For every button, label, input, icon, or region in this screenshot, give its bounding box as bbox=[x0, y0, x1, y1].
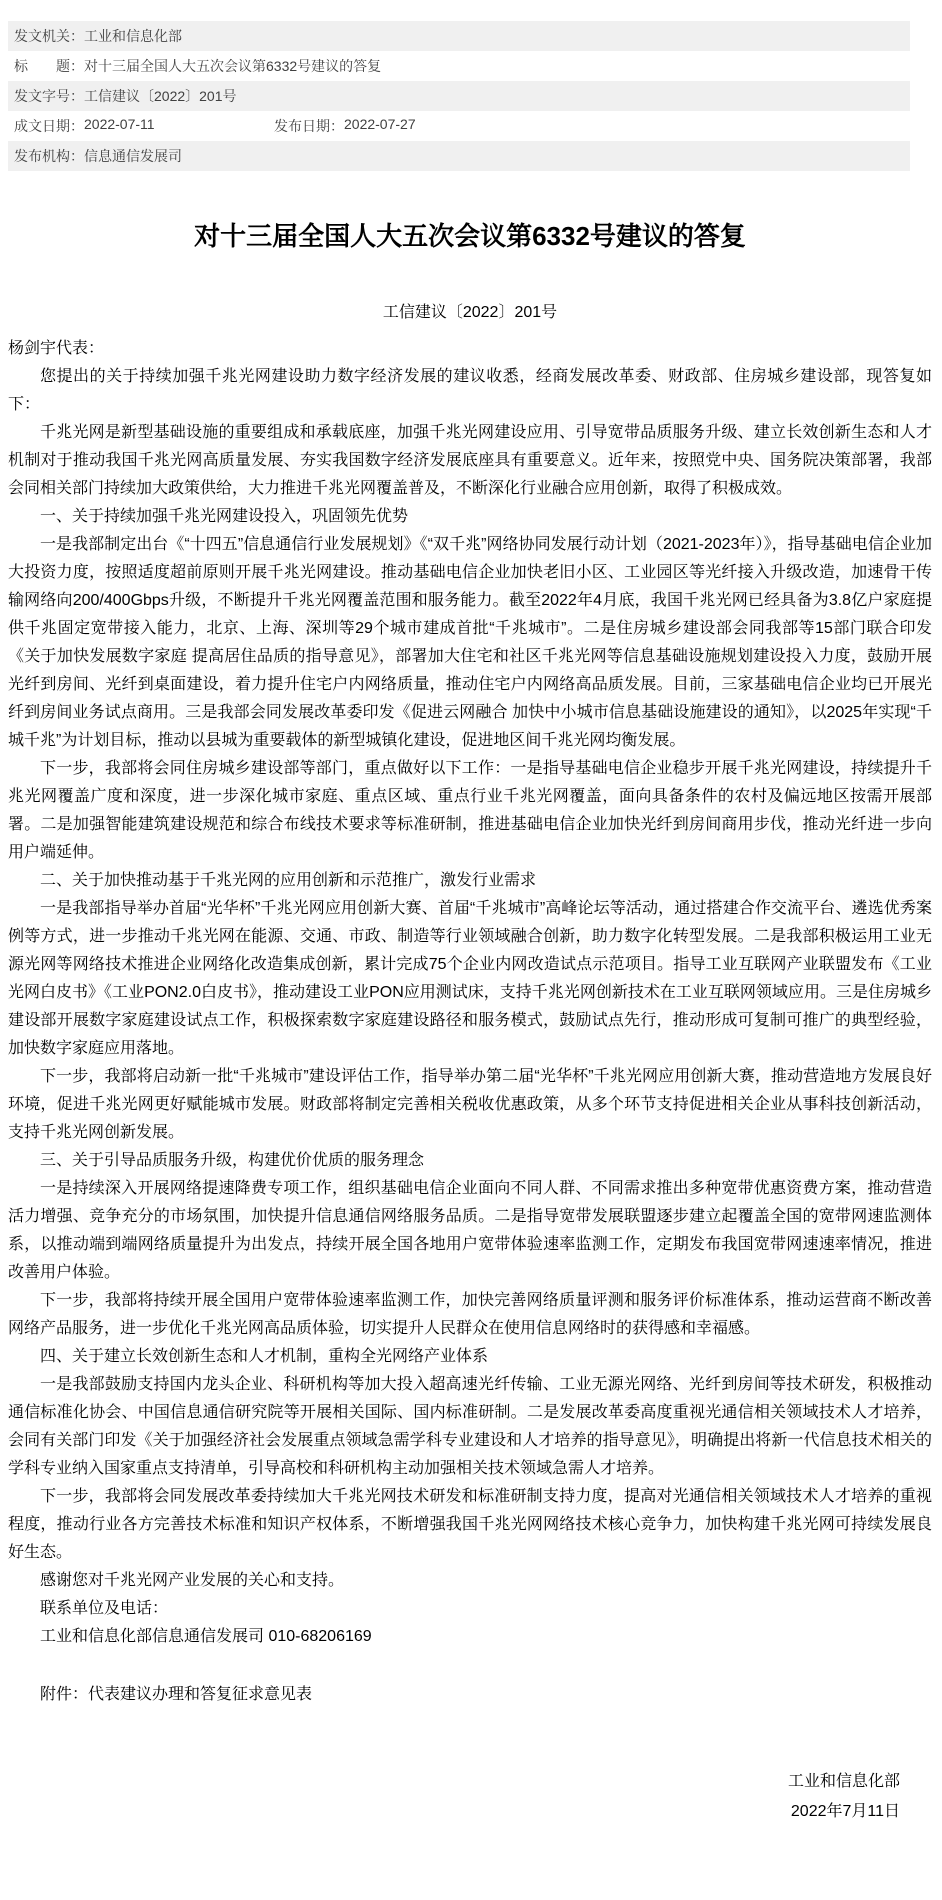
salutation: 杨剑宇代表： bbox=[8, 335, 932, 363]
document-body: 对十三届全国人大五次会议第6332号建议的答复 工信建议〔2022〕201号 杨… bbox=[8, 219, 932, 1827]
meta-row-dates: 成文日期：2022-07-11 发布日期：2022-07-27 bbox=[8, 111, 910, 141]
meta-value: 2022-07-27 bbox=[344, 116, 416, 136]
closing-thanks: 感谢您对千兆光网产业发展的关心和支持。 bbox=[8, 1567, 932, 1595]
signature-date: 2022年7月11日 bbox=[8, 1797, 900, 1827]
meta-row-title: 标 题：对十三届全国人大五次会议第6332号建议的答复 bbox=[8, 51, 910, 81]
paragraph-overview: 千兆光网是新型基础设施的重要组成和承载底座，加强千兆光网建设应用、引导宽带品质服… bbox=[8, 419, 932, 503]
section-heading-3: 三、关于引导品质服务升级，构建优价优质的服务理念 bbox=[8, 1147, 932, 1175]
paragraph: 下一步，我部将持续开展全国用户宽带体验速率监测工作，加快完善网络质量评测和服务评… bbox=[8, 1287, 932, 1343]
meta-label: 发布机构： bbox=[14, 146, 84, 166]
meta-label: 标 题： bbox=[14, 56, 84, 76]
meta-label: 成文日期： bbox=[14, 116, 84, 136]
meta-label: 发布日期： bbox=[274, 116, 344, 136]
meta-label: 发文机关： bbox=[14, 26, 84, 46]
meta-written-date: 成文日期：2022-07-11 bbox=[14, 116, 274, 136]
signature-block: 工业和信息化部 2022年7月11日 bbox=[8, 1767, 932, 1827]
paragraph-intro: 您提出的关于持续加强千兆光网建设助力数字经济发展的建议收悉，经商发展改革委、财政… bbox=[8, 363, 932, 419]
paragraph: 下一步，我部将启动新一批“千兆城市”建设评估工作，指导举办第二届“光华杯”千兆光… bbox=[8, 1063, 932, 1147]
meta-publish-date: 发布日期：2022-07-27 bbox=[274, 116, 416, 136]
paragraph: 一是持续深入开展网络提速降费专项工作，组织基础电信企业面向不同人群、不同需求推出… bbox=[8, 1175, 932, 1287]
contact-info: 工业和信息化部信息通信发展司 010-68206169 bbox=[8, 1623, 932, 1651]
meta-value: 对十三届全国人大五次会议第6332号建议的答复 bbox=[84, 56, 381, 76]
meta-value: 信息通信发展司 bbox=[84, 146, 182, 166]
document-meta-table: 发文机关：工业和信息化部 标 题：对十三届全国人大五次会议第6332号建议的答复… bbox=[8, 21, 910, 171]
section-heading-4: 四、关于建立长效创新生态和人才机制，重构全光网络产业体系 bbox=[8, 1343, 932, 1371]
meta-row-issuing-agency: 发文机关：工业和信息化部 bbox=[8, 21, 910, 51]
attachment-line: 附件：代表建议办理和答复征求意见表 bbox=[8, 1681, 932, 1709]
contact-heading: 联系单位及电话： bbox=[8, 1595, 932, 1623]
paragraph: 下一步，我部将会同发展改革委持续加大千兆光网技术研发和标准研制支持力度，提高对光… bbox=[8, 1483, 932, 1567]
meta-value: 工业和信息化部 bbox=[84, 26, 182, 46]
meta-value: 工信建议〔2022〕201号 bbox=[84, 86, 237, 106]
paragraph: 一是我部指导举办首届“光华杯”千兆光网应用创新大赛、首届“千兆城市”高峰论坛等活… bbox=[8, 895, 932, 1063]
section-heading-1: 一、关于持续加强千兆光网建设投入，巩固领先优势 bbox=[8, 503, 932, 531]
doc-number-line: 工信建议〔2022〕201号 bbox=[8, 299, 932, 327]
paragraph: 一是我部制定出台《“十四五”信息通信行业发展规划》《“双千兆”网络协同发展行动计… bbox=[8, 531, 932, 755]
meta-row-publishing-org: 发布机构：信息通信发展司 bbox=[8, 141, 910, 171]
document-title: 对十三届全国人大五次会议第6332号建议的答复 bbox=[8, 219, 932, 253]
meta-value: 2022-07-11 bbox=[84, 116, 155, 136]
meta-row-doc-number: 发文字号：工信建议〔2022〕201号 bbox=[8, 81, 910, 111]
paragraph: 一是我部鼓励支持国内龙头企业、科研机构等加大投入超高速光纤传输、工业无源光网络、… bbox=[8, 1371, 932, 1483]
paragraph: 下一步，我部将会同住房城乡建设部等部门，重点做好以下工作：一是指导基础电信企业稳… bbox=[8, 755, 932, 867]
section-heading-2: 二、关于加快推动基于千兆光网的应用创新和示范推广，激发行业需求 bbox=[8, 867, 932, 895]
document-page: 发文机关：工业和信息化部 标 题：对十三届全国人大五次会议第6332号建议的答复… bbox=[0, 0, 942, 1900]
signature-agency: 工业和信息化部 bbox=[8, 1767, 900, 1797]
meta-label: 发文字号： bbox=[14, 86, 84, 106]
